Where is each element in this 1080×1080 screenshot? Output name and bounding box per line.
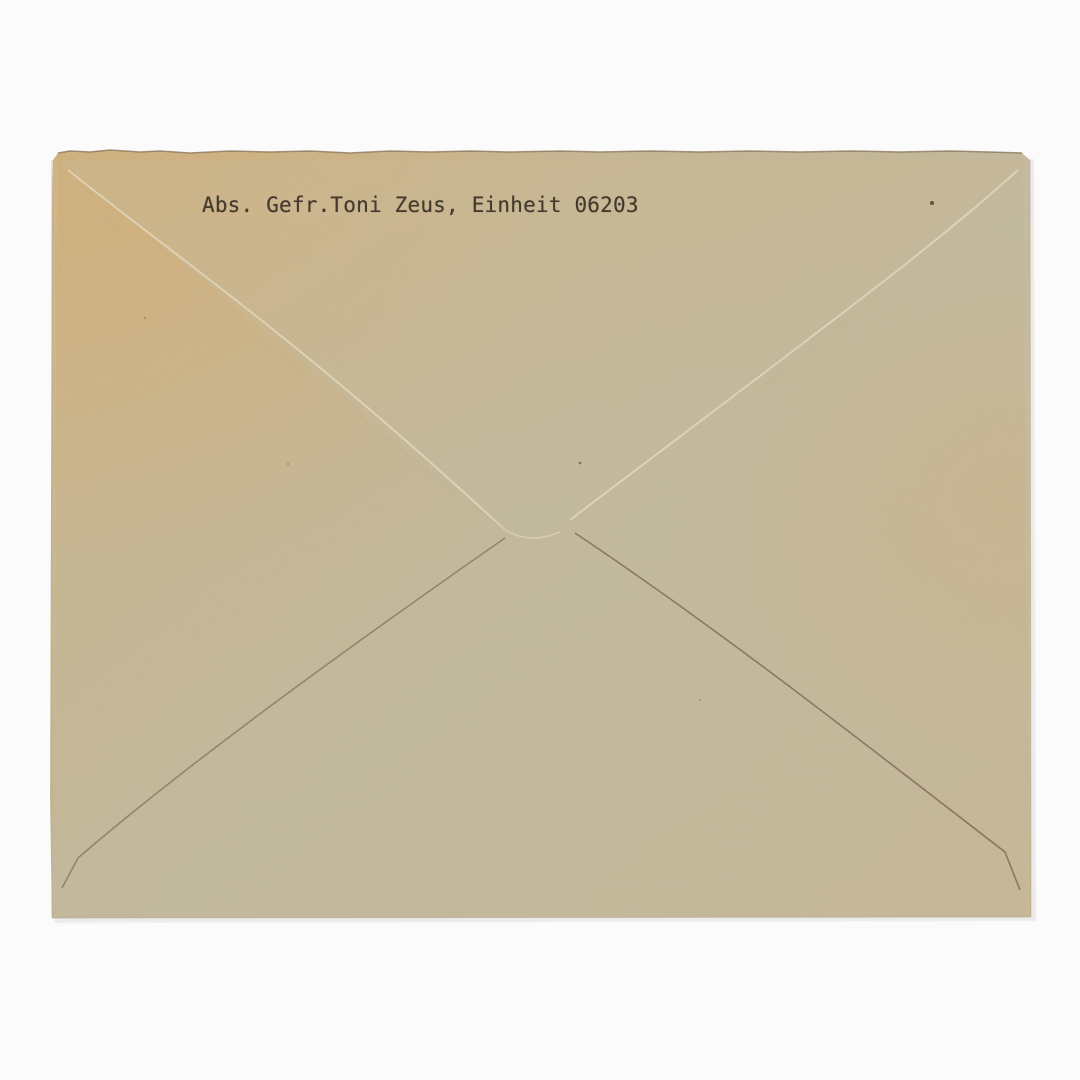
photo-stage: Abs. Gefr.Toni Zeus, Einheit 06203 bbox=[0, 0, 1080, 1080]
sender-address-line: Abs. Gefr.Toni Zeus, Einheit 06203 bbox=[202, 193, 639, 217]
envelope-back bbox=[0, 0, 1080, 1080]
